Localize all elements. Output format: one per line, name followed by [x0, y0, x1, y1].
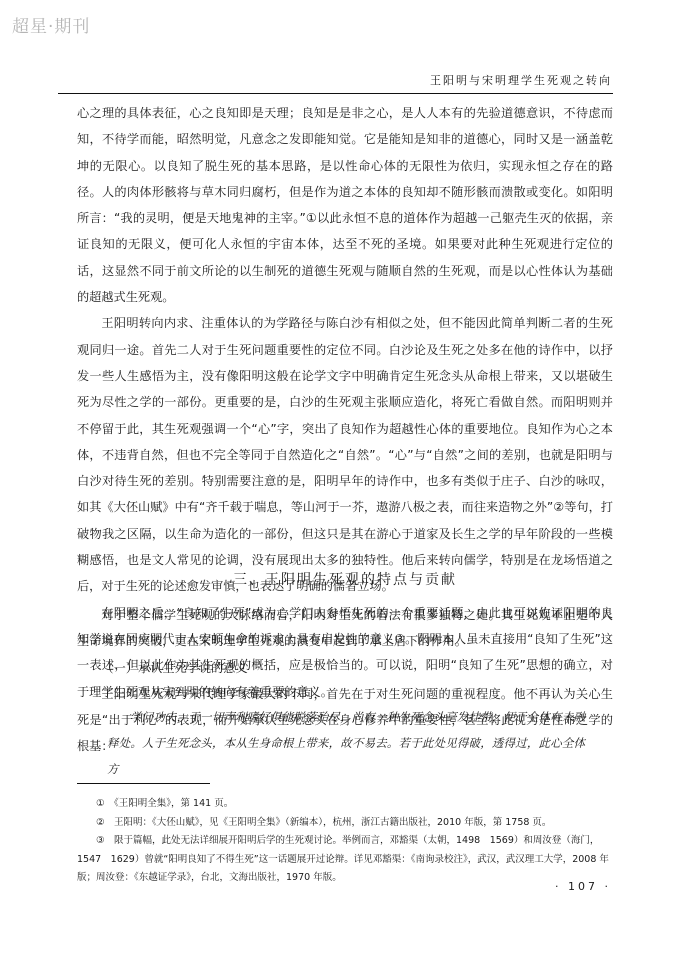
section-title: 三、王阳明生死观的特点与贡献	[77, 569, 613, 589]
watermark: 超星·期刊	[12, 12, 90, 37]
page-number: · 107 ·	[555, 880, 611, 893]
footnote: ② 王阳明：《大伾山赋》，见《王阳明全集》（新编本），杭州，浙江古籍出版社，20…	[77, 814, 613, 833]
paragraph: 心之理的具体表征，心之良知即是天理；良知是是非之心，是人人本有的先验道德意识，不…	[77, 100, 613, 310]
block-quote: 学问功夫，于一切声利嗜好俱能脱落殆尽，尚有一种生死念头毫发挂带，便于全体有未融释…	[107, 704, 585, 782]
footnotes: ① 《王阳明全集》，第 141 页。 ② 王阳明：《大伾山赋》，见《王阳明全集》…	[77, 795, 613, 888]
header-rule	[58, 93, 613, 94]
footnote: ① 《王阳明全集》，第 141 页。	[77, 795, 613, 814]
paragraph: 王阳明转向内求、注重体认的为学路径与陈白沙有相似之处，但不能因此简单判断二者的生…	[77, 310, 613, 599]
footnote: ③ 限于篇幅，此处无法详细展开阳明后学的生死观讨论。举例而言，邓豁渠（太朝，14…	[77, 832, 613, 888]
subsection-heading: （一）承认生死学说的意义	[77, 655, 613, 681]
running-head: 王阳明与宋明理学生死观之转向	[430, 72, 612, 88]
footnote-rule	[77, 783, 210, 784]
paragraph: 对于整个儒学生死观的大脉络而言，阳明对生死的看法有很多独特之处。其生死观不止是个…	[77, 602, 613, 655]
quote-text: 学问功夫，于一切声利嗜好俱能脱落殆尽，尚有一种生死念头毫发挂带，便于全体有未融释…	[107, 704, 585, 782]
